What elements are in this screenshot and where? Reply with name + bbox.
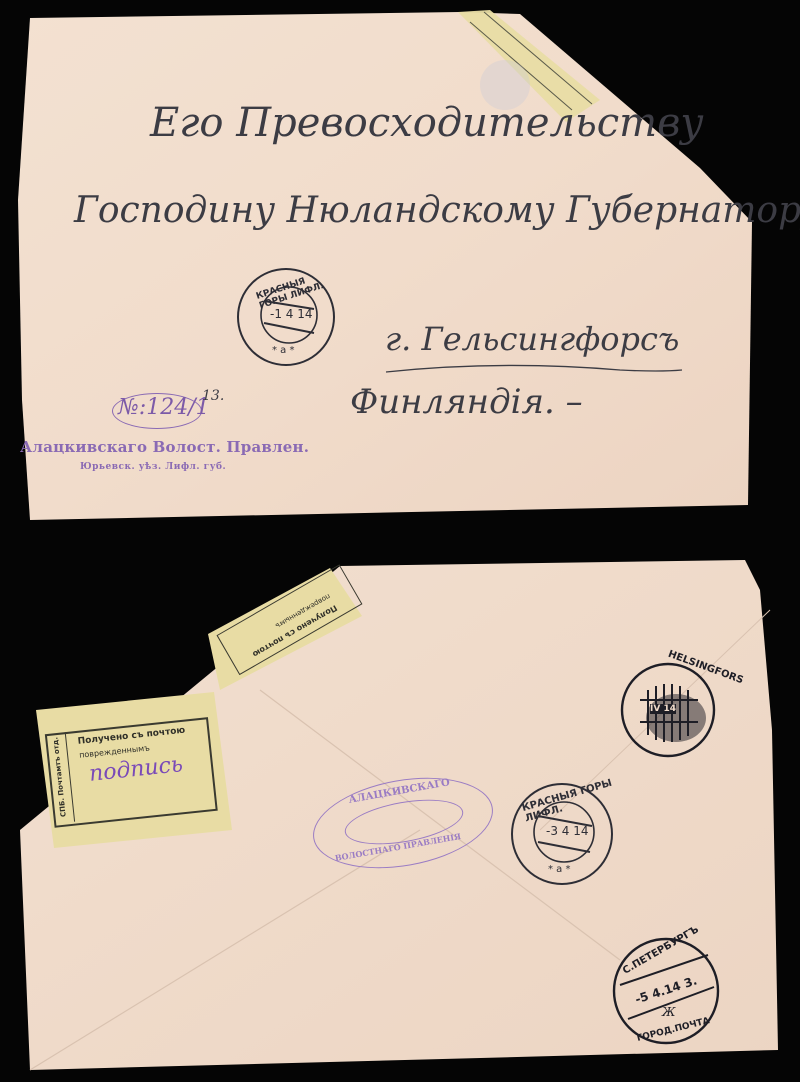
address-line-4: Финляндія. –: [350, 382, 583, 422]
address-line-1: Его Превосходительству: [150, 100, 704, 146]
postmark-krasnye-gory-back: КРАСНЫЯ ГОРЫ ЛИФЛ. -3 4 14 * а *: [508, 780, 616, 888]
damaged-mail-label-1: Получено съ почтою поврежденнымъ СПБ. По…: [34, 685, 237, 834]
postmark-back-date: -3 4 14: [546, 824, 589, 838]
envelope-back: Получено съ почтою поврежденнымъ СПБ. По…: [0, 530, 800, 1082]
sender-stamp-line1: Алацкивскаго Волост. Правлен.: [20, 438, 309, 456]
oval-volost-stamp: АЛАЦКИВСКАГО ВОЛОСТНАГО ПРАВЛЕНІЯ: [312, 780, 498, 870]
address-line-2: Господину Нюландскому Губернатору: [74, 190, 800, 231]
postmark-krasnye-gory-front: КРАСНЫЯ ГОРЫ ЛИФЛ. -1 4 14 * а *: [234, 265, 339, 370]
postmark-back-index: * а *: [548, 864, 571, 875]
address-line-3: г. Гельсингфорсъ: [385, 320, 679, 358]
postmark-index: * а *: [272, 345, 295, 356]
envelope-front: Его Превосходительству Господину Нюландс…: [0, 0, 800, 530]
registration-number: №:124/1: [118, 395, 210, 420]
postmark-helsingfors: HELSINGFORS IV 14: [618, 660, 718, 760]
registration-suffix: 13.: [202, 388, 224, 404]
sender-stamp-line2: Юрьевск. уѣз. Лифл. губ.: [80, 462, 226, 472]
postmark-date: -1 4 14: [270, 307, 313, 321]
postmark-st-petersburg: С.ПЕТЕРБУРГЪ -5 4.14 3. Ж ГОРОД.ПОЧТА: [610, 935, 722, 1047]
spb-index: Ж: [662, 1005, 675, 1019]
helsingfors-date: IV 14: [650, 704, 676, 714]
